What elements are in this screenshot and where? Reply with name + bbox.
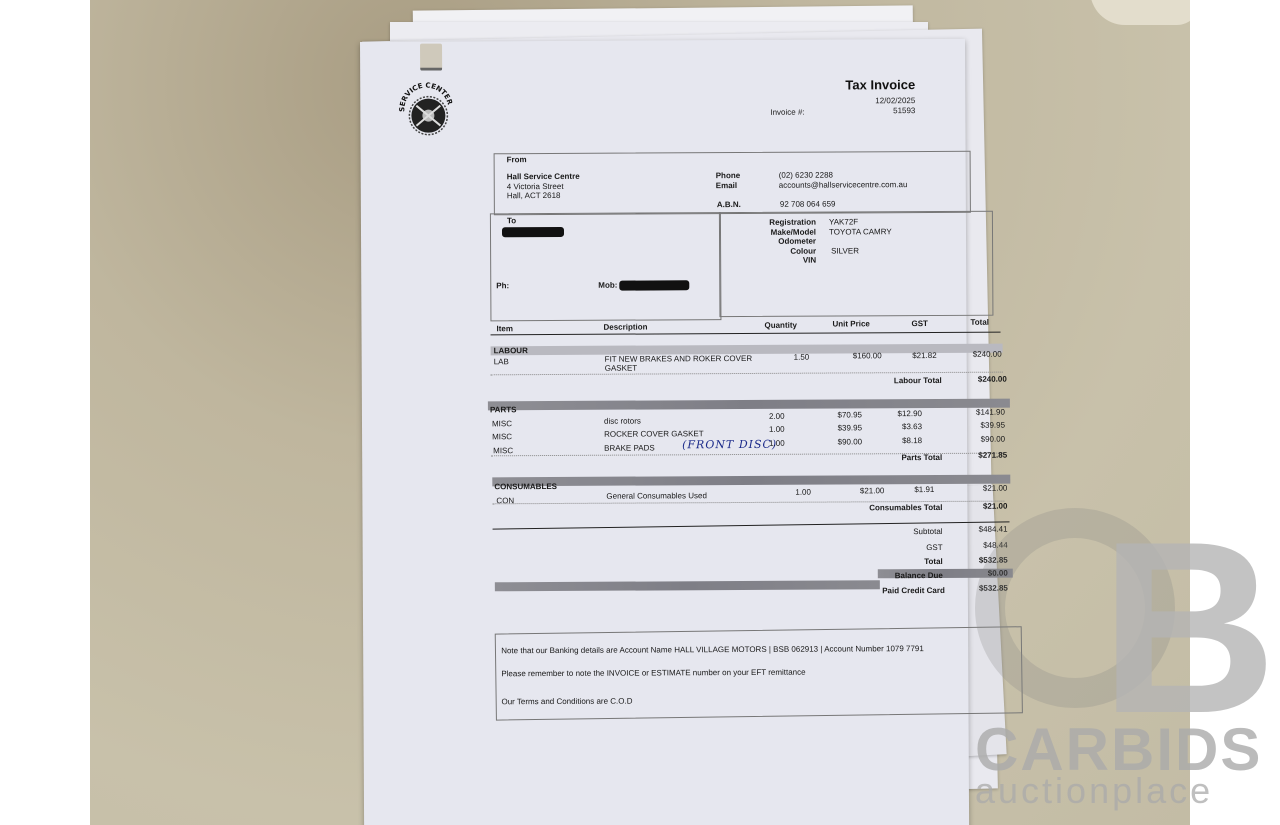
to-label: To [507, 216, 516, 225]
subtotal-value: $484.41 [953, 525, 1008, 534]
labour-item: LAB [494, 357, 509, 366]
service-center-logo-icon: SERVICE CENTER [394, 77, 458, 141]
phone-label: Phone [716, 171, 740, 180]
email-label: Email [716, 181, 737, 190]
labour-gst: $21.82 [892, 351, 937, 360]
parts-total-value: $271.85 [952, 451, 1007, 460]
consumables-gst: $1.91 [892, 485, 934, 494]
vin-label: VIN [736, 256, 816, 265]
consumables-total-value: $21.00 [952, 502, 1007, 511]
remittance-note: Please remember to note the INVOICE or E… [501, 668, 805, 679]
invoice-number-label: Invoice #: [770, 108, 804, 117]
parts-item: MISC [492, 419, 512, 428]
col-description: Description [603, 322, 647, 331]
col-total: Total [970, 318, 989, 327]
photo-background: SERVICE CENTER Tax Invoice 12/02/2025 In… [90, 0, 1190, 825]
document-title: Tax Invoice [845, 77, 915, 92]
paid-credit-card-label: Paid Credit Card [823, 586, 945, 596]
parts-total: $141.90 [950, 408, 1005, 417]
make-model-label: Make/Model [736, 228, 816, 237]
labour-unit-price: $160.00 [832, 351, 882, 360]
odometer-label: Odometer [736, 237, 816, 246]
subtotal-label: Subtotal [853, 527, 943, 536]
parts-gst: $3.63 [877, 422, 922, 431]
consumables-qty: 1.00 [795, 488, 811, 497]
total-label: Total [853, 557, 943, 566]
parts-unit-price: $90.00 [812, 437, 862, 446]
invoice-date: 12/02/2025 [875, 96, 915, 105]
abn-label: A.B.N. [717, 200, 741, 209]
colour-label: Colour [736, 247, 816, 256]
redacted-mobile [619, 280, 689, 290]
colour-value: SILVER [831, 246, 859, 255]
parts-total: $39.95 [950, 421, 1005, 430]
parts-gst: $12.90 [877, 409, 922, 418]
gst-label: GST [853, 543, 943, 552]
parts-desc: disc rotors [604, 417, 641, 426]
parts-qty: 1.00 [769, 439, 785, 448]
business-address-line1: 4 Victoria Street [507, 182, 564, 191]
watermark-tagline: auctionplace [975, 770, 1213, 812]
email-value: accounts@hallservicecentre.com.au [779, 180, 908, 190]
parts-unit-price: $70.95 [812, 410, 862, 419]
abn-value: 92 708 064 659 [780, 200, 836, 209]
handwritten-note: (FRONT DISC) [682, 438, 777, 451]
parts-desc: BRAKE PADS [604, 443, 655, 452]
labour-section-title: LABOUR [494, 346, 528, 355]
redacted-customer-name [502, 227, 564, 237]
labour-desc: FIT NEW BRAKES AND ROKER COVER [605, 354, 752, 364]
labour-total-label: Labour Total [852, 376, 942, 385]
labour-desc-line2: GASKET [605, 364, 637, 373]
parts-section-title: PARTS [490, 405, 517, 414]
labour-qty: 1.50 [794, 353, 810, 362]
tax-invoice-document: SERVICE CENTER Tax Invoice 12/02/2025 In… [360, 39, 969, 825]
labour-total: $240.00 [952, 350, 1002, 359]
parts-qty: 1.00 [769, 425, 785, 434]
business-address-line2: Hall, ACT 2618 [507, 191, 561, 200]
parts-total-label: Parts Total [862, 453, 942, 462]
make-model-value: TOYOTA CAMRY [829, 227, 892, 236]
consumables-section-title: CONSUMABLES [494, 482, 557, 491]
invoice-number: 51593 [893, 106, 915, 115]
carbids-logo-letter: B [1100, 505, 1277, 750]
terms-note: Our Terms and Conditions are C.O.D [501, 697, 632, 707]
parts-gst: $8.18 [877, 436, 922, 445]
consumables-total: $21.00 [952, 484, 1007, 493]
mob-label: Mob: [598, 281, 617, 290]
parts-unit-price: $39.95 [812, 423, 862, 432]
registration-value: YAK72F [829, 217, 858, 226]
row-divider [491, 372, 1003, 376]
consumables-unit-price: $21.00 [832, 486, 884, 495]
from-label: From [507, 155, 527, 164]
registration-label: Registration [736, 218, 816, 227]
col-item: Item [496, 324, 513, 333]
consumables-total-label: Consumables Total [832, 503, 942, 513]
balance-due-label: Balance Due [833, 571, 943, 581]
paper-clip-icon [420, 44, 442, 71]
labour-total-value: $240.00 [952, 375, 1007, 384]
col-unit-price: Unit Price [832, 319, 869, 328]
parts-qty: 2.00 [769, 412, 785, 421]
col-quantity: Quantity [764, 321, 796, 330]
parts-item: MISC [493, 446, 513, 455]
parts-section-band [488, 399, 1010, 411]
phone-value: (02) 6230 2288 [779, 171, 833, 180]
cloth [1090, 0, 1190, 25]
header-rule [491, 332, 1001, 336]
ph-label: Ph: [496, 281, 509, 290]
parts-total: $90.00 [950, 435, 1005, 444]
parts-item: MISC [492, 432, 512, 441]
business-name: Hall Service Centre [507, 172, 580, 181]
consumables-desc: General Consumables Used [606, 491, 707, 501]
col-gst: GST [911, 319, 928, 328]
